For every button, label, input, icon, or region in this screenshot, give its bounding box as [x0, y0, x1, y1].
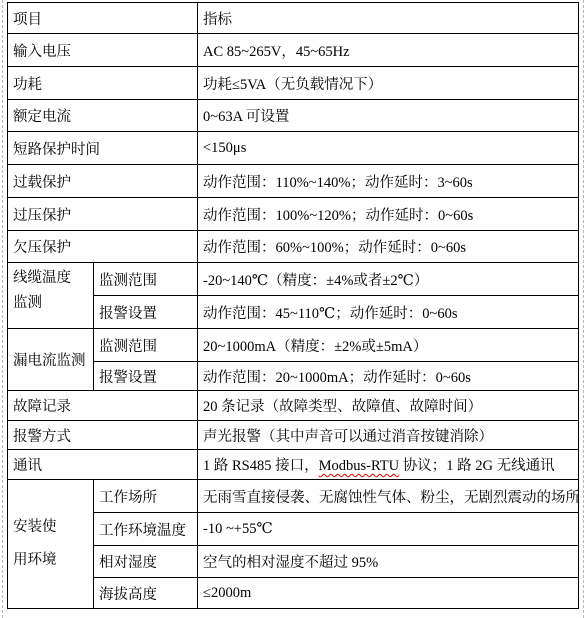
label-input-voltage: 输入电压 [8, 34, 198, 67]
row-communication: 通讯 1 路 RS485 接口，Modbus-RTU 协议；1 路 2G 无线通… [8, 450, 579, 480]
sublabel-env-altitude: 海拔高度 [94, 578, 198, 609]
value-rated-current: 0~63A 可设置 [198, 100, 579, 132]
row-power-consumption: 功耗 功耗≤5VA（无负载情况下） [8, 67, 579, 100]
value-leakage-monitor-range: 20~1000mA（精度：±2%或±5mA） [198, 329, 579, 362]
row-env-altitude: 海拔高度 ≤2000m [8, 578, 579, 609]
sublabel-leakage-monitor-range: 监测范围 [94, 329, 198, 362]
text-boundary-left [2, 0, 3, 618]
sublabel-cable-temp-alarm-setting: 报警设置 [94, 296, 198, 329]
row-header: 项目 指标 [8, 3, 579, 34]
value-env-working-temperature: -10 ~+55℃ [198, 513, 579, 546]
comm-value-prefix: 1 路 RS485 接口， [203, 458, 319, 474]
row-env-working-temperature: 工作环境温度 -10 ~+55℃ [8, 513, 579, 546]
sublabel-env-workplace: 工作场所 [94, 480, 198, 513]
value-overload-protection: 动作范围：110%~140%；动作延时：3~60s [198, 165, 579, 198]
value-env-altitude: ≤2000m [198, 578, 579, 609]
sublabel-env-relative-humidity: 相对湿度 [94, 546, 198, 578]
row-overvoltage-protection: 过压保护 动作范围：100%~120%；动作延时：0~60s [8, 198, 579, 231]
label-fault-record: 故障记录 [8, 391, 198, 421]
row-overload-protection: 过载保护 动作范围：110%~140%；动作延时：3~60s [8, 165, 579, 198]
label-overload-protection: 过载保护 [8, 165, 198, 198]
label-leakage-current: 漏电流监测 [8, 329, 94, 391]
spec-table: 项目 指标 输入电压 AC 85~265V，45~65Hz 功耗 功耗≤5VA（… [7, 2, 579, 609]
row-env-relative-humidity: 相对湿度 空气的相对湿度不超过 95% [8, 546, 579, 578]
label-alarm-mode: 报警方式 [8, 421, 198, 450]
row-cable-temp-alarm: 报警设置 动作范围：45~110℃；动作延时：0~60s [8, 296, 579, 329]
row-input-voltage: 输入电压 AC 85~265V，45~65Hz [8, 34, 579, 67]
value-env-relative-humidity: 空气的相对湿度不超过 95% [198, 546, 579, 578]
label-overvoltage-protection: 过压保护 [8, 198, 198, 231]
label-short-circuit-time: 短路保护时间 [8, 132, 198, 165]
label-cable-temperature: 线缆温度 监测 [8, 263, 94, 329]
label-communication: 通讯 [8, 450, 198, 480]
value-fault-record: 20 条记录（故障类型、故障值、故障时间） [198, 391, 579, 421]
value-undervoltage-protection: 动作范围：60%~100%；动作延时：0~60s [198, 231, 579, 263]
row-short-circuit-time: 短路保护时间 <150μs [8, 132, 579, 165]
row-env-workplace: 安装使 用环境 工作场所 无雨雪直接侵袭、无腐蚀性气体、粉尘，无剧烈震动的场所 [8, 480, 579, 513]
comm-value-suffix: 协议；1 路 2G 无线通讯 [399, 458, 554, 474]
label-undervoltage-protection: 欠压保护 [8, 231, 198, 263]
label-power-consumption: 功耗 [8, 67, 198, 100]
value-env-workplace: 无雨雪直接侵袭、无腐蚀性气体、粉尘，无剧烈震动的场所 [198, 480, 579, 513]
value-cable-temp-monitor-range: -20~140℃（精度：±4%或者±2℃） [198, 263, 579, 296]
value-overvoltage-protection: 动作范围：100%~120%；动作延时：0~60s [198, 198, 579, 231]
row-leakage-alarm: 报警设置 动作范围：20~1000mA；动作延时：0~60s [8, 362, 579, 391]
sublabel-cable-temp-monitor-range: 监测范围 [94, 263, 198, 296]
value-input-voltage: AC 85~265V，45~65Hz [198, 34, 579, 67]
row-rated-current: 额定电流 0~63A 可设置 [8, 100, 579, 132]
value-power-consumption: 功耗≤5VA（无负载情况下） [198, 67, 579, 100]
row-cable-temp-monitor: 线缆温度 监测 监测范围 -20~140℃（精度：±4%或者±2℃） [8, 263, 579, 296]
sublabel-leakage-alarm-setting: 报警设置 [94, 362, 198, 391]
spellcheck-underlined-word: Modbus-RTU [319, 458, 400, 474]
value-cable-temp-alarm-setting: 动作范围：45~110℃；动作延时：0~60s [198, 296, 579, 329]
text-boundary-right [583, 0, 584, 618]
sublabel-env-working-temperature: 工作环境温度 [94, 513, 198, 546]
header-spec: 指标 [198, 3, 579, 34]
label-rated-current: 额定电流 [8, 100, 198, 132]
value-communication: 1 路 RS485 接口，Modbus-RTU 协议；1 路 2G 无线通讯 [198, 450, 579, 480]
value-leakage-alarm-setting: 动作范围：20~1000mA；动作延时：0~60s [198, 362, 579, 391]
label-environment: 安装使 用环境 [8, 480, 94, 609]
value-alarm-mode: 声光报警（其中声音可以通过消音按键消除） [198, 421, 579, 450]
header-item: 项目 [8, 3, 198, 34]
value-short-circuit-time: <150μs [198, 132, 579, 165]
row-undervoltage-protection: 欠压保护 动作范围：60%~100%；动作延时：0~60s [8, 231, 579, 263]
row-alarm-mode: 报警方式 声光报警（其中声音可以通过消音按键消除） [8, 421, 579, 450]
row-leakage-monitor: 漏电流监测 监测范围 20~1000mA（精度：±2%或±5mA） [8, 329, 579, 362]
row-fault-record: 故障记录 20 条记录（故障类型、故障值、故障时间） [8, 391, 579, 421]
